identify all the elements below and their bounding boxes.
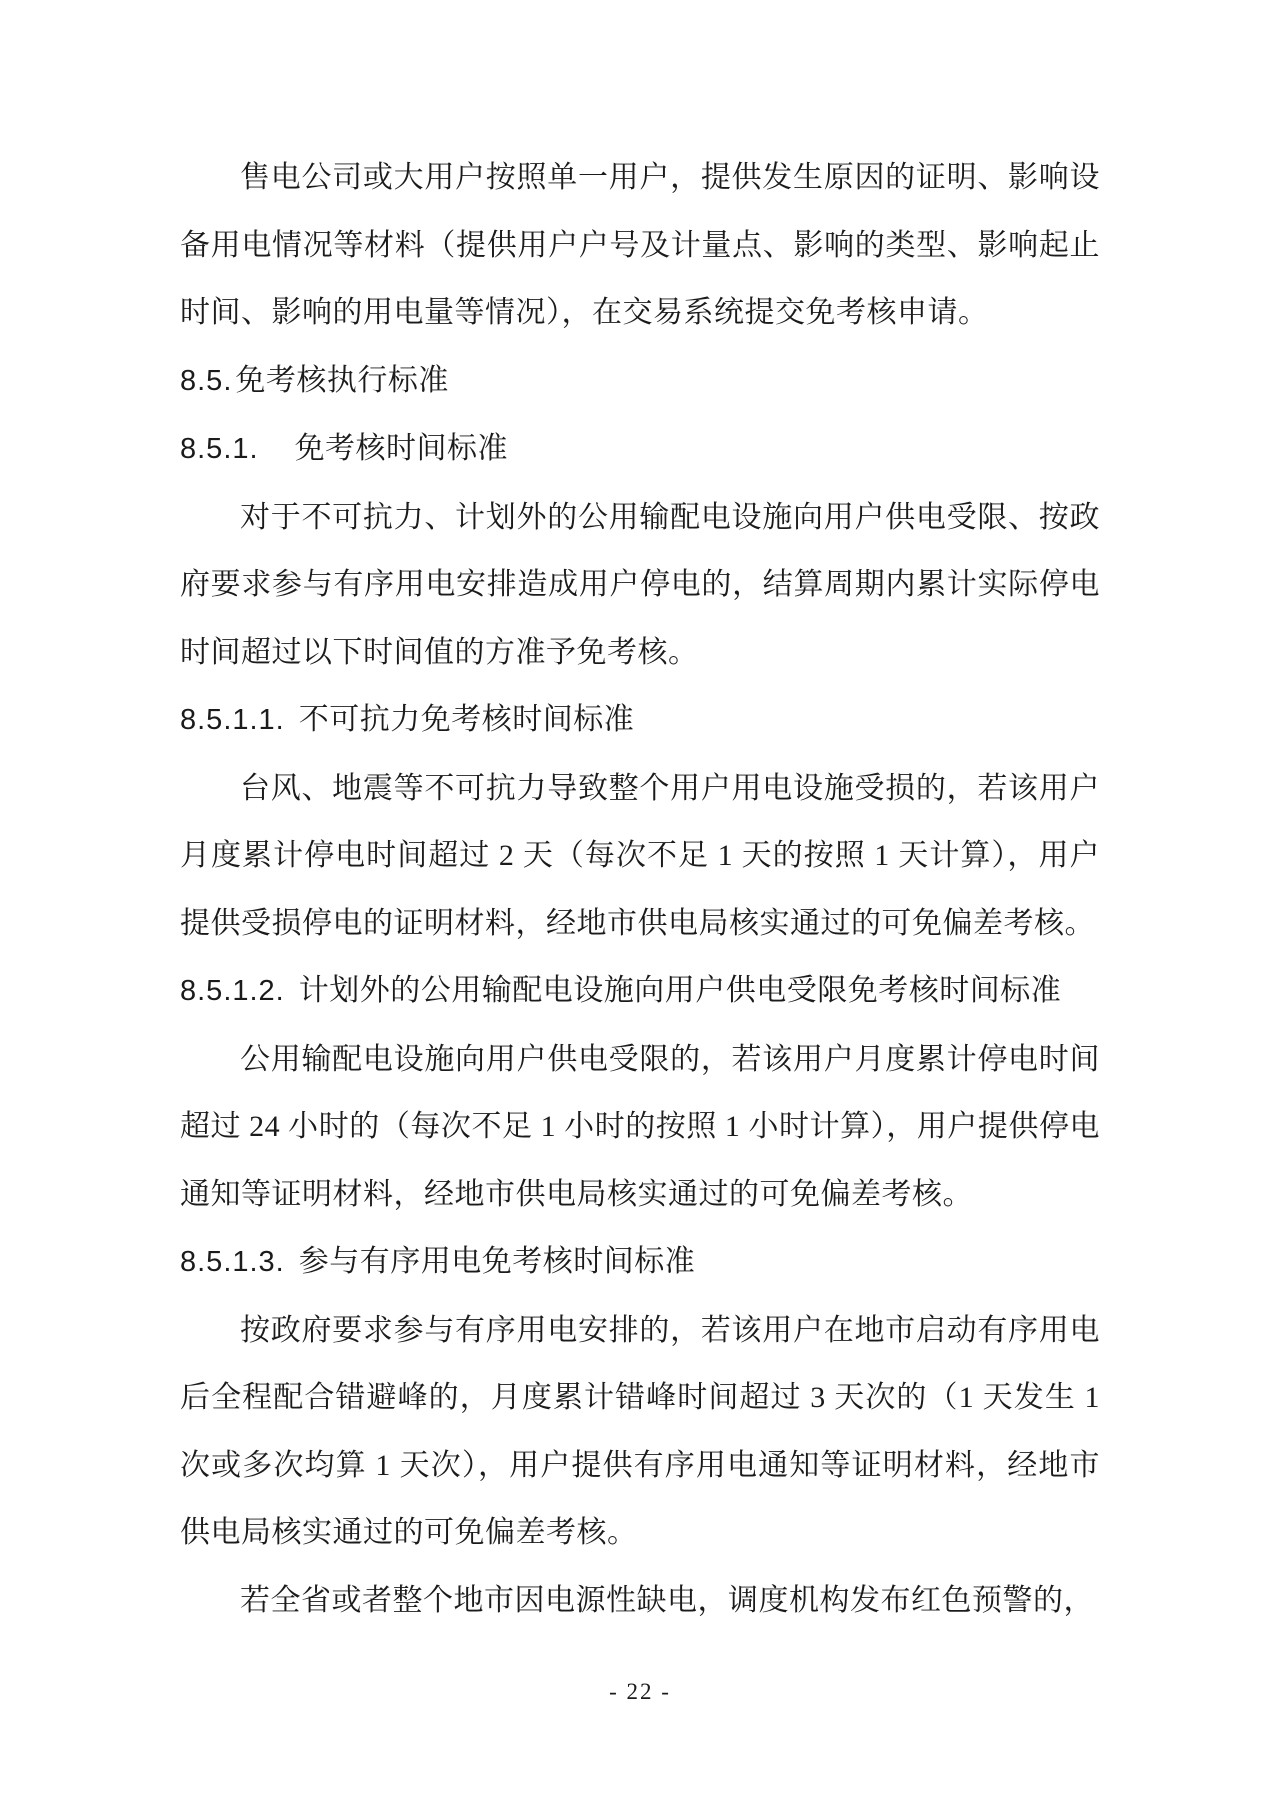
section-number: 8.5.1.: [180, 433, 259, 465]
section-heading-8-5: 8.5.免考核执行标准: [180, 347, 1100, 416]
section-heading-8-5-1: 8.5.1.免考核时间标准: [180, 415, 1100, 484]
paragraph-exemption-scope: 对于不可抗力、计划外的公用输配电设施向用户供电受限、按政府要求参与有序用电安排造…: [180, 484, 1100, 687]
section-heading-8-5-1-3: 8.5.1.3.参与有序用电免考核时间标准: [180, 1228, 1100, 1297]
section-title: 计划外的公用输配电设施向用户供电受限免考核时间标准: [299, 974, 1062, 1007]
section-number: 8.5.1.1.: [180, 704, 285, 736]
paragraph-force-majeure: 台风、地震等不可抗力导致整个用户用电设施受损的，若该用户月度累计停电时间超过 2…: [180, 755, 1100, 958]
paragraph-red-alert: 若全省或者整个地市因电源性缺电，调度机构发布红色预警的，: [180, 1567, 1100, 1635]
page-number: - 22 -: [0, 1675, 1280, 1709]
section-number: 8.5.1.3.: [180, 1246, 285, 1278]
section-number: 8.5.: [180, 365, 232, 397]
document-text-block: 售电公司或大用户按照单一用户，提供发生原因的证明、影响设备用电情况等材料（提供用…: [180, 144, 1100, 1634]
section-title: 免考核执行标准: [235, 364, 449, 397]
document-page: 售电公司或大用户按照单一用户，提供发生原因的证明、影响设备用电情况等材料（提供用…: [0, 0, 1280, 1809]
paragraph-orderly-power-use: 按政府要求参与有序用电安排的，若该用户在地市启动有序用电后全程配合错避峰的，月度…: [180, 1297, 1100, 1567]
paragraph-exemption-application: 售电公司或大用户按照单一用户，提供发生原因的证明、影响设备用电情况等材料（提供用…: [180, 144, 1100, 347]
section-heading-8-5-1-1: 8.5.1.1.不可抗力免考核时间标准: [180, 686, 1100, 755]
section-title: 不可抗力免考核时间标准: [299, 703, 635, 736]
section-title: 参与有序用电免考核时间标准: [299, 1245, 696, 1278]
section-title: 免考核时间标准: [295, 432, 509, 465]
section-heading-8-5-1-2: 8.5.1.2.计划外的公用输配电设施向用户供电受限免考核时间标准: [180, 957, 1100, 1026]
section-number: 8.5.1.2.: [180, 975, 285, 1007]
paragraph-grid-restriction: 公用输配电设施向用户供电受限的，若该用户月度累计停电时间超过 24 小时的（每次…: [180, 1026, 1100, 1229]
